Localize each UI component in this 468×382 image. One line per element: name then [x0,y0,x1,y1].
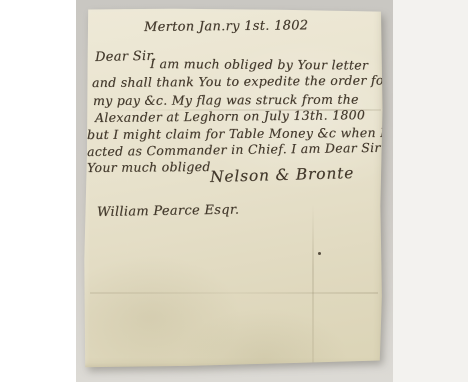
letter-body-line: I am much obliged by Your letter [150,56,368,73]
letter-dateline: Merton Jan.ry 1st. 1802 [144,18,309,35]
letter-paper-wrapper: Merton Jan.ry 1st. 1802 Dear Sir, I am m… [84,8,384,368]
letter-body-line: Alexander at Leghorn on July 13th. 1800 [95,107,365,125]
letter-signature: Nelson & Bronte [210,164,355,186]
letter-photograph: Merton Jan.ry 1st. 1802 Dear Sir, I am m… [0,0,468,382]
letter-body-line: and shall thank You to expedite the orde… [92,72,390,90]
letter-body-line: but I might claim for Table Money &c whe… [87,125,385,142]
letter-body-line: Your much obliged [87,159,211,175]
ink-speck [318,252,321,255]
letter-salutation: Dear Sir, [95,49,156,65]
letter-body-line: my pay &c. My flag was struck from the [93,92,359,108]
horizontal-fold-crease-lower [90,292,378,294]
photo-right-margin [393,0,468,382]
letter-body-line: acted as Commander in Chief. I am Dear S… [87,140,381,159]
letter-paper: Merton Jan.ry 1st. 1802 Dear Sir, I am m… [84,8,384,368]
vertical-fold-crease [312,204,314,364]
letter-addressee: William Pearce Esqr. [97,203,240,220]
